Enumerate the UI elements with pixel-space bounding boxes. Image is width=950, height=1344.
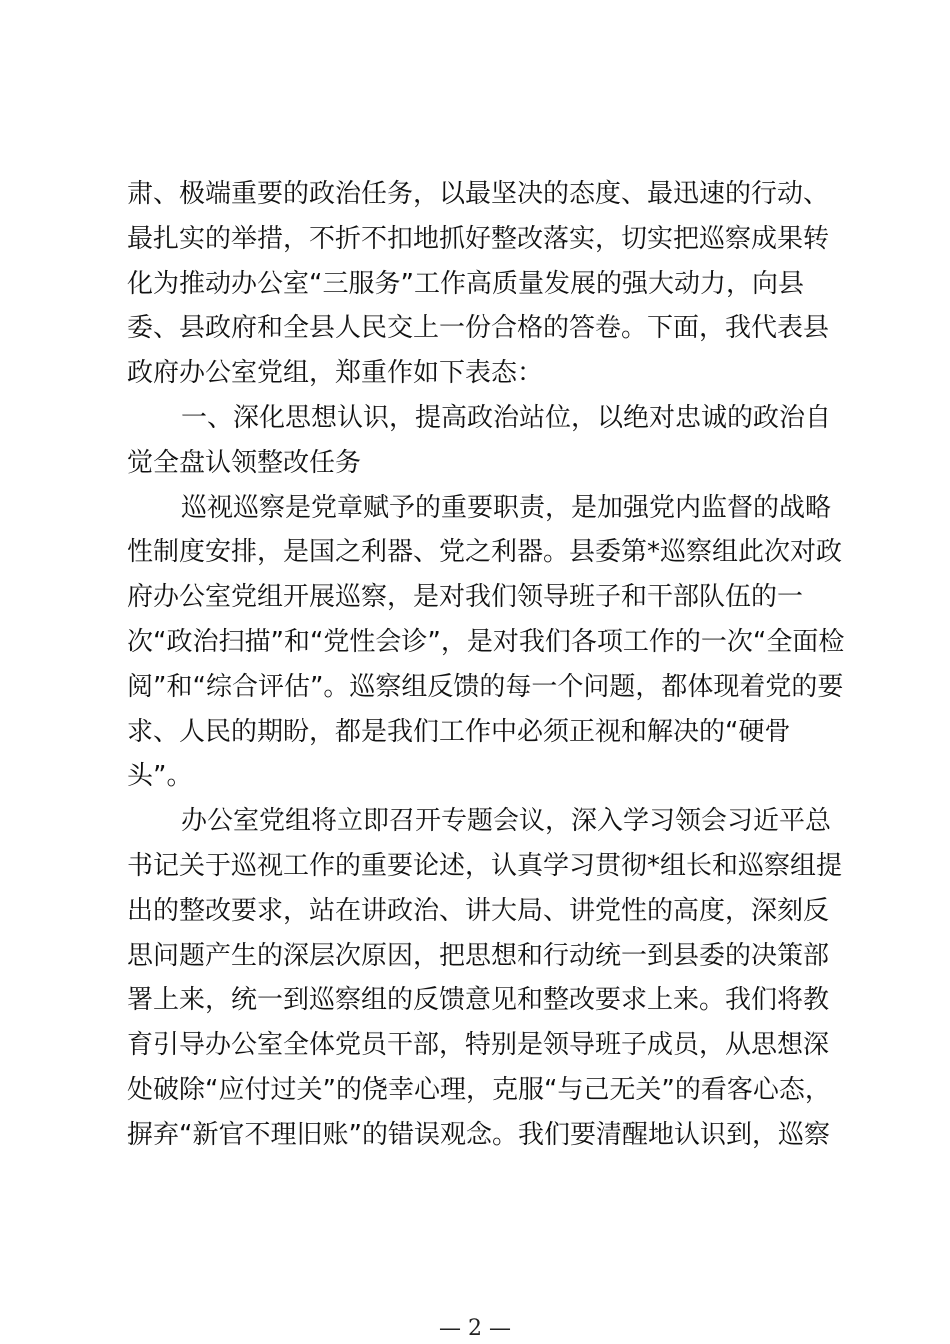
text-line: 出的整改要求，站在讲政治、讲大局、讲党性的高度，深刻反 (127, 889, 837, 934)
text-line: 思问题产生的深层次原因，把思想和行动统一到县委的决策部 (127, 934, 837, 979)
document-body: 肃、极端重要的政治任务，以最坚决的态度、最迅速的行动、 最扎实的举措，不折不扣地… (127, 172, 837, 1158)
document-page: 肃、极端重要的政治任务，以最坚决的态度、最迅速的行动、 最扎实的举措，不折不扣地… (0, 0, 950, 1344)
paragraph-start-line: 办公室党组将立即召开专题会议，深入学习领会习近平总 (127, 799, 837, 844)
text-line: 肃、极端重要的政治任务，以最坚决的态度、最迅速的行动、 (127, 172, 837, 217)
text-line: 政府办公室党组，郑重作如下表态： (127, 351, 837, 396)
section-heading-line: 一、深化思想认识，提高政治站位，以绝对忠诚的政治自 (127, 396, 837, 441)
text-line: 阅”和“综合评估”。巡察组反馈的每一个问题，都体现着党的要 (127, 665, 837, 710)
text-line: 头”。 (127, 754, 837, 799)
text-line: 性制度安排，是国之利器、党之利器。县委第*巡察组此次对政 (127, 530, 837, 575)
text-line: 署上来，统一到巡察组的反馈意见和整改要求上来。我们将教 (127, 978, 837, 1023)
text-line: 委、县政府和全县人民交上一份合格的答卷。下面，我代表县 (127, 306, 837, 351)
page-number: — 2 — (0, 1316, 950, 1341)
text-line: 府办公室党组开展巡察，是对我们领导班子和干部队伍的一 (127, 575, 837, 620)
text-line: 求、人民的期盼，都是我们工作中必须正视和解决的“硬骨 (127, 710, 837, 755)
text-line: 育引导办公室全体党员干部，特别是领导班子成员，从思想深 (127, 1023, 837, 1068)
paragraph-start-line: 巡视巡察是党章赋予的重要职责，是加强党内监督的战略 (127, 486, 837, 531)
text-line: 次“政治扫描”和“党性会诊”，是对我们各项工作的一次“全面检 (127, 620, 837, 665)
section-heading-line: 觉全盘认领整改任务 (127, 441, 837, 486)
text-line: 最扎实的举措，不折不扣地抓好整改落实，切实把巡察成果转 (127, 217, 837, 262)
text-line: 处破除“应付过关”的侥幸心理，克服“与己无关”的看客心态， (127, 1068, 837, 1113)
text-line: 化为推动办公室“三服务”工作高质量发展的强大动力，向县 (127, 262, 837, 307)
text-line: 书记关于巡视工作的重要论述，认真学习贯彻*组长和巡察组提 (127, 844, 837, 889)
text-line: 摒弃“新官不理旧账”的错误观念。我们要清醒地认识到，巡察 (127, 1113, 837, 1158)
